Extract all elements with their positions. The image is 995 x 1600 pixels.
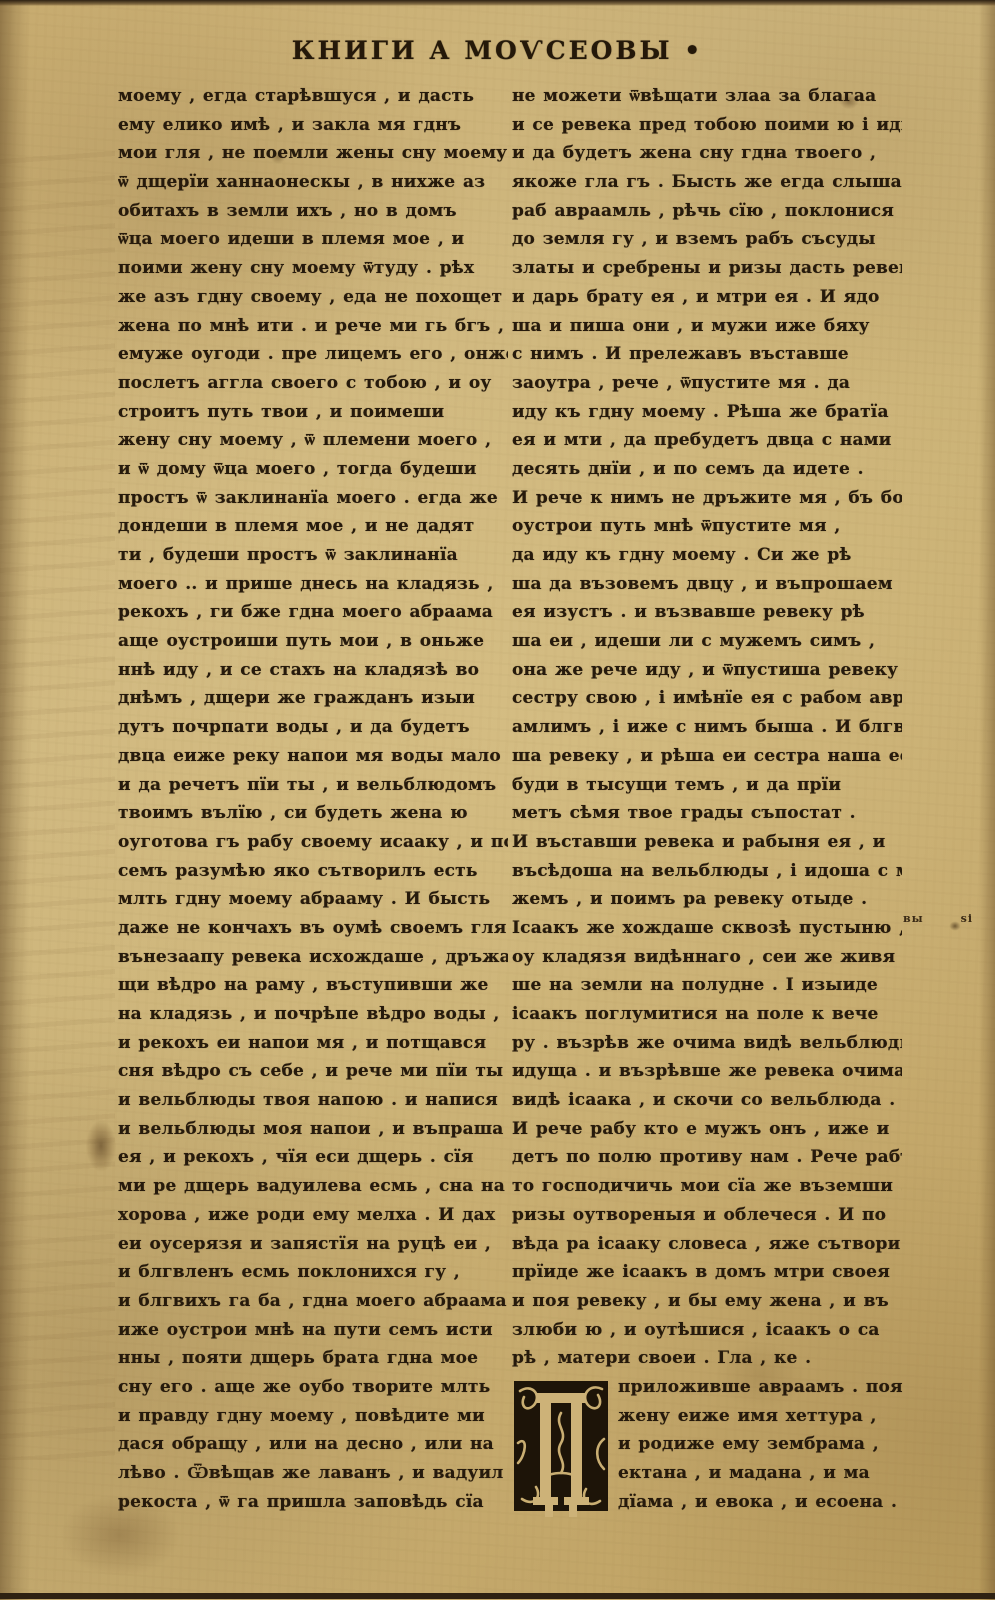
page-bottom-edge <box>0 1593 995 1600</box>
text-line: днѣмъ , дщери же гражданъ изыи <box>118 684 508 713</box>
text-line: ми ре дщерь вадуилева есмь , сна на <box>118 1172 508 1201</box>
chapter-25-text: приложивше авраамъ . пояжену еиже имя хе… <box>618 1373 903 1516</box>
text-line: и родиже ему зембрама , <box>618 1430 903 1459</box>
text-line: оуготова гъ рабу своему исааку , и по <box>118 828 508 857</box>
ink-blot <box>86 1120 116 1172</box>
text-line: детъ по полю противу нам . Рече рабъ , <box>512 1143 902 1172</box>
text-line: дїама , и евока , и есоена . <box>618 1488 903 1517</box>
text-line: ти , будеши простъ ѿ заклинанїа <box>118 541 508 570</box>
text-line: десять днїи , и по семъ да идете . <box>512 455 902 484</box>
text-line: Ісаакъ же хождаше сквозѣ пустыню , <box>512 914 902 943</box>
text-line: моему , егда старѣвшуся , и дасть <box>118 82 508 111</box>
text-line: и блгвихъ га ба , гдна моего абраама <box>118 1287 508 1316</box>
text-line: и блгвленъ есмь поклонихся гу , <box>118 1258 508 1287</box>
text-line: ему елико имѣ , и закла мя гднъ <box>118 111 508 140</box>
text-line: идуща . и възрѣвше же ревека очима <box>512 1057 902 1086</box>
text-line: ея , и рекохъ , чїя еси дщерь . сїя <box>118 1143 508 1172</box>
text-line: злюби ю , и оутѣшися , ісаакъ о са <box>512 1316 902 1345</box>
text-line: ѿ дщерїи ханнаонескы , в нихже аз <box>118 168 508 197</box>
text-line: иже оустрои мнѣ на пути семъ исти <box>118 1316 508 1345</box>
text-line: и рекохъ еи напои мя , и потщався <box>118 1029 508 1058</box>
text-line: на кладязь , и почрѣпе вѣдро воды , <box>118 1000 508 1029</box>
text-line: якоже гла гъ . Бысть же егда слыша <box>512 168 902 197</box>
text-line: с нимъ . И прележавъ въставше <box>512 340 902 369</box>
marginal-mark-left: вы <box>903 912 924 925</box>
text-line: даже не кончахъ въ оумѣ своемъ гля <box>118 914 508 943</box>
text-line: И рече рабу кто е мужъ онъ , иже и <box>512 1115 902 1144</box>
text-line: моего .. и прише днесь на кладязь , <box>118 570 508 599</box>
text-line: приложивше авраамъ . поя <box>618 1373 903 1402</box>
text-line: емуже оугоди . пре лицемъ его , онже <box>118 340 508 369</box>
text-line: и поя ревеку , и бы ему жена , и въ <box>512 1287 902 1316</box>
text-line: ннѣ иду , и се стахъ на кладязѣ во <box>118 656 508 685</box>
text-line: рѣ , матери своеи . Гла , ке . <box>512 1344 902 1373</box>
text-line: нны , пояти дщерь брата гдна мое <box>118 1344 508 1373</box>
text-line: ея изустъ . и възвавше ревеку рѣ <box>512 598 902 627</box>
text-line: ісаакъ поглумитися на поле к вече <box>512 1000 902 1029</box>
text-line: буди в тысущи темъ , и да прїи <box>512 771 902 800</box>
text-line: раб авраамль , рѣчь сїю , поклонися <box>512 197 902 226</box>
text-line: простъ ѿ заклинанїа моего . егда же <box>118 484 508 513</box>
chapter-25-opening: приложивше авраамъ . пояжену еиже имя хе… <box>512 1373 902 1526</box>
text-line: же азъ гдну своему , еда не похощет <box>118 283 508 312</box>
text-line: щи вѣдро на раму , въступивши же <box>118 971 508 1000</box>
text-line: семъ разумѣю яко сътворилъ есть <box>118 857 508 886</box>
text-line: аще оустроиши путь мои , в оньже <box>118 627 508 656</box>
text-line: обитахъ в земли ихъ , но в домъ <box>118 197 508 226</box>
text-line: златы и сребрены и ризы дасть ревецѣ <box>512 254 902 283</box>
text-line: дондеши в племя мое , и не дадят <box>118 512 508 541</box>
text-line: да иду къ гдну моему . Си же рѣ <box>512 541 902 570</box>
right-column-lines: не можети ѿвѣщати злаа за благааи се рев… <box>512 82 902 1373</box>
text-line: заоутра , рече , ѿпустите мя . да <box>512 369 902 398</box>
ornate-initial-letter-P <box>512 1373 618 1526</box>
text-line: лѣво . Ѿвѣщав же лаванъ , и вадуил <box>118 1459 508 1488</box>
text-line: твоимъ вълїю , си будеть жена ю <box>118 799 508 828</box>
text-line: и се ревека пред тобою поими ю і иди , <box>512 111 902 140</box>
text-line: еи оусерязя и запястїя на руцѣ еи , <box>118 1230 508 1259</box>
text-line: жена по мнѣ ити . и рече ми гь бгъ , <box>118 312 508 341</box>
text-line: И рече к нимъ не дръжите мя , бъ бо <box>512 484 902 513</box>
text-line: оу кладязя видѣннаго , сеи же живя <box>512 943 902 972</box>
text-line: и вельблюды моя напои , и въпраша <box>118 1115 508 1144</box>
text-line: и дарь брату ея , и мтри ея . И ядо <box>512 283 902 312</box>
text-line: ше на земли на полудне . І изыиде <box>512 971 902 1000</box>
text-line: метъ сѣмя твое грады съпостат . <box>512 799 902 828</box>
page-left-edge-shadow <box>0 0 30 1600</box>
text-line: сну его . аще же оубо творите млть <box>118 1373 508 1402</box>
text-line: и да речетъ пїи ты , и вельблюдомъ <box>118 771 508 800</box>
text-line: жену сну моему , ѿ племени моего , <box>118 426 508 455</box>
text-line: прїиде же ісаакъ в домъ мтри своея <box>512 1258 902 1287</box>
text-line: поими жену сну моему ѿтуду . рѣх <box>118 254 508 283</box>
page-top-edge <box>0 0 995 6</box>
text-line: ѿца моего идеши в племя мое , и <box>118 225 508 254</box>
text-line: до земля гу , и вземъ рабъ съсуды <box>512 225 902 254</box>
text-line: ектана , и мадана , и ма <box>618 1459 903 1488</box>
text-line: ша ревеку , и рѣша еи сестра наша еси <box>512 742 902 771</box>
text-line: строитъ путь твои , и поимеши <box>118 398 508 427</box>
right-text-column: не можети ѿвѣщати злаа за благааи се рев… <box>512 82 902 1526</box>
text-line: въсѣдоша на вельблюды , і идоша с му <box>512 857 902 886</box>
text-line: и правду гдну моему , повѣдите ми <box>118 1402 508 1431</box>
text-line: жемъ , и поимъ ра ревеку отыде . <box>512 885 902 914</box>
text-line: И въставши ревека и рабыня ея , и <box>512 828 902 857</box>
text-line: мои гля , не поемли жены сну моему <box>118 139 508 168</box>
text-line: то господичичь мои сїа же въземши . <box>512 1172 902 1201</box>
text-line: вѣда ра ісааку словеса , яже сътвори <box>512 1230 902 1259</box>
text-line: ру . възрѣв же очима видѣ вельблюды <box>512 1029 902 1058</box>
text-line: она же рече иду , и ѿпустиша ревеку <box>512 656 902 685</box>
text-line: не можети ѿвѣщати злаа за благаа <box>512 82 902 111</box>
text-line: рекоста , ѿ га пришла заповѣдь сїа <box>118 1488 508 1517</box>
text-line: двца еиже реку напои мя воды мало , <box>118 742 508 771</box>
text-line: ризы оутвореныя и облечеся . И по <box>512 1201 902 1230</box>
text-line: амлимъ , і иже с нимъ быша . И блгви <box>512 713 902 742</box>
parchment-page: КНИГИ А МОѴСЕОВЫ • моему , егда старѣвшу… <box>0 0 995 1600</box>
marginal-note: вы ѕі <box>903 912 973 925</box>
text-line: жену еиже имя хеттура , <box>618 1402 903 1431</box>
text-line: дутъ почрпати воды , и да будетъ <box>118 713 508 742</box>
marginal-mark-right: ѕі <box>961 912 973 925</box>
text-line: и вельблюды твоя напою . и напися <box>118 1086 508 1115</box>
left-text-column: моему , егда старѣвшуся , и дастьему ели… <box>118 82 508 1516</box>
text-line: сестру свою , і имѣнїе ея с рабом авра <box>512 684 902 713</box>
text-line: ша и пиша они , и мужи иже бяху <box>512 312 902 341</box>
text-line: послетъ аггла своего с тобою , и оу <box>118 369 508 398</box>
text-line: вънезаапу ревека исхождаше , дръжа <box>118 943 508 972</box>
text-line: оустрои путь мнѣ ѿпустите мя , <box>512 512 902 541</box>
text-line: хорова , иже роди ему мелха . И дах <box>118 1201 508 1230</box>
text-line: видѣ ісаака , и скочи со вельблюда . <box>512 1086 902 1115</box>
text-line: ша еи , идеши ли с мужемъ симъ , <box>512 627 902 656</box>
text-line: дася обращу , или на десно , или на <box>118 1430 508 1459</box>
text-line: сня вѣдро съ себе , и рече ми пїи ты <box>118 1057 508 1086</box>
running-title: КНИГИ А МОѴСЕОВЫ • <box>0 36 995 65</box>
text-line: ша да възовемъ двцу , и въпрошаем <box>512 570 902 599</box>
text-line: рекохъ , ги бже гдна моего абраама <box>118 598 508 627</box>
page-right-edge-shadow <box>979 0 995 1600</box>
text-line: млть гдну моему абрааму . И бысть <box>118 885 508 914</box>
text-line: и да будетъ жена сну гдна твоего , <box>512 139 902 168</box>
text-line: и ѿ дому ѿца моего , тогда будеши <box>118 455 508 484</box>
text-line: иду къ гдну моему . Рѣша же братїа <box>512 398 902 427</box>
text-line: ея и мти , да пребудетъ двца с нами <box>512 426 902 455</box>
